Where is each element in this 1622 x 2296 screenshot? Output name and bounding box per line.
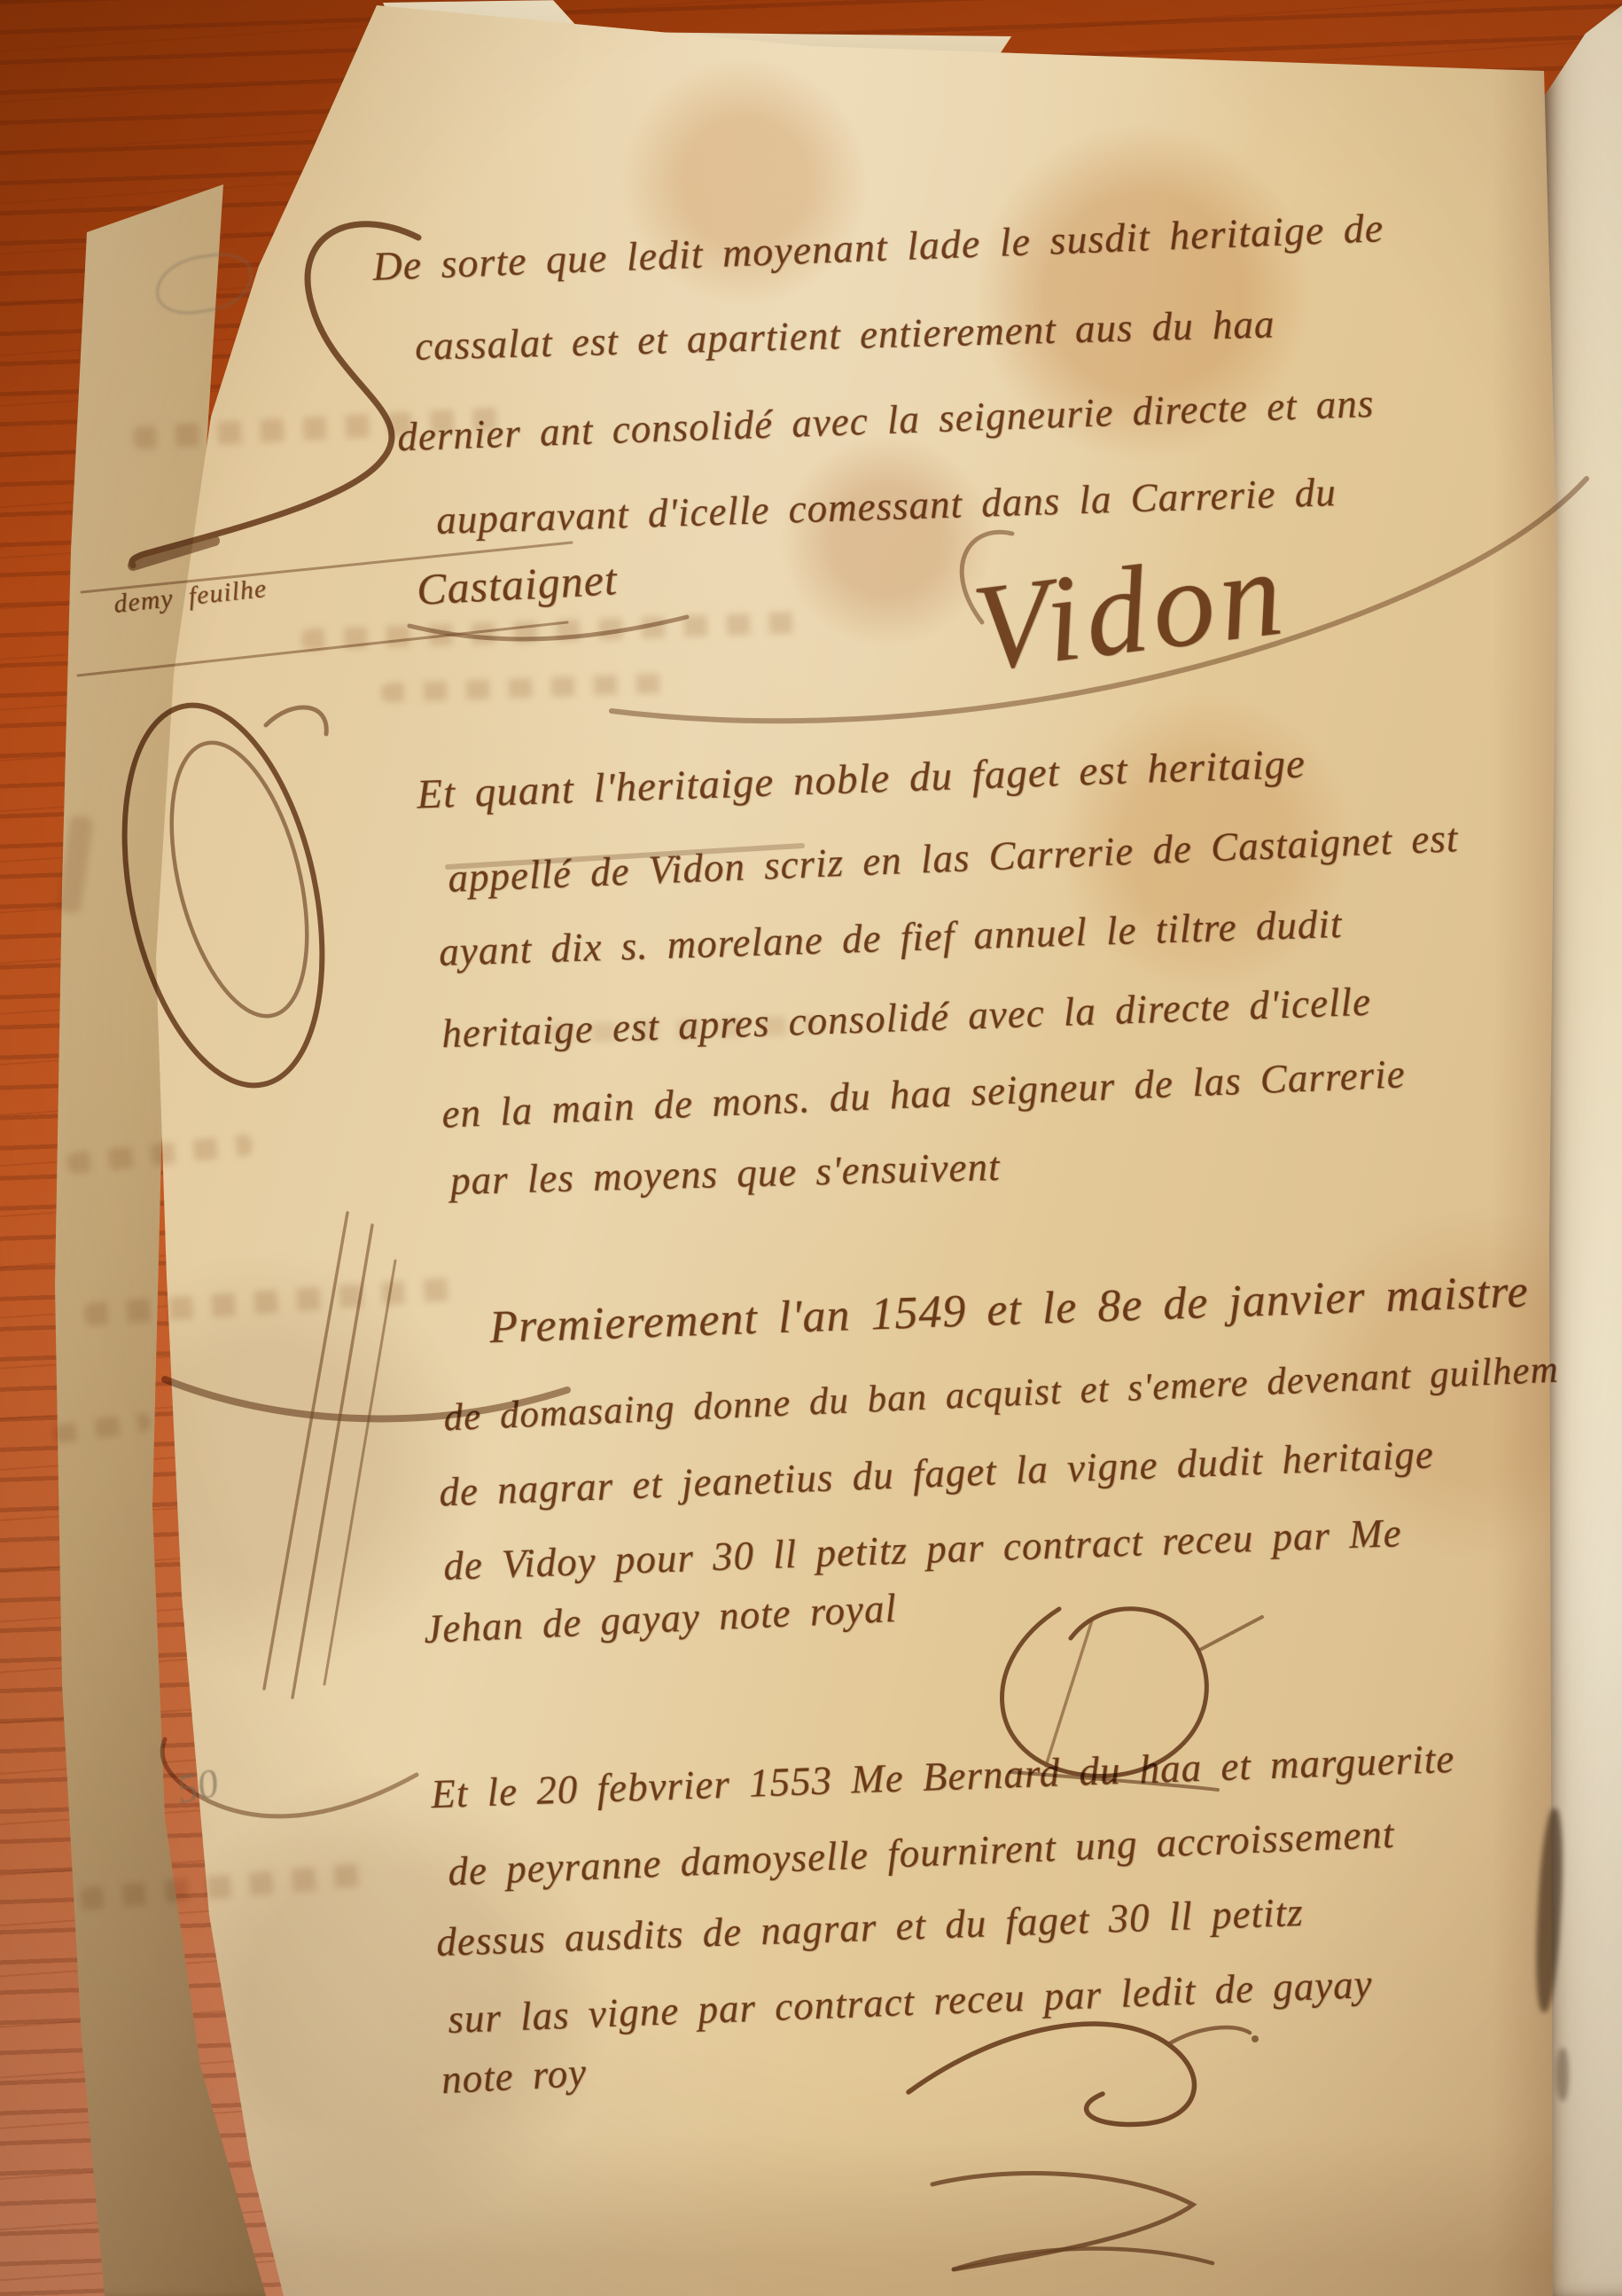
- ink-smudge: [1556, 2048, 1569, 2101]
- photograph-of-manuscript: De sorte que ledit moyenant lade le susd…: [0, 0, 1622, 2296]
- manuscript-line: Castaignet: [416, 553, 619, 615]
- manuscript-line: note roy: [441, 2050, 589, 2104]
